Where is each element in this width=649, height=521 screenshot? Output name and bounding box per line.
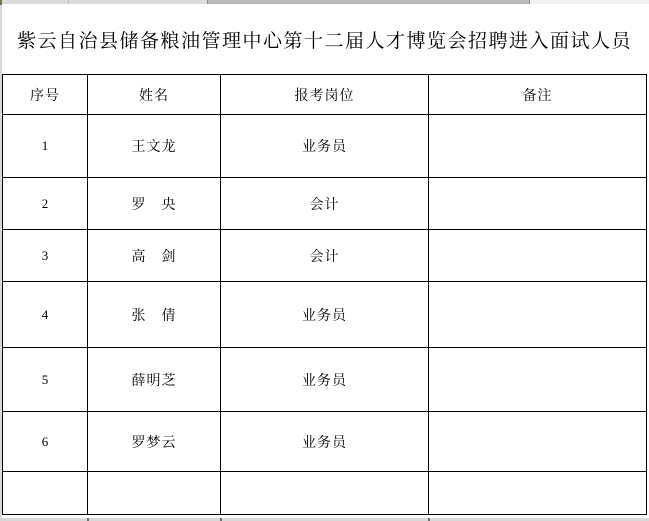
header-cell-number[interactable]: 序号 [3,75,88,115]
cell-number[interactable]: 3 [3,230,88,282]
interview-roster-table: 序号 姓名 报考岗位 备注 1 王文龙 业务员 2 罗 央 会计 3 高 剑 会… [2,74,647,515]
cell-note[interactable] [429,282,647,348]
cell-name[interactable]: 王文龙 [88,115,221,178]
spreadsheet-view: 紫云自治县储备粮油管理中心第十二届人才博览会招聘进入面试人员 序号 姓名 报考岗… [0,0,649,521]
cell-name[interactable]: 高 剑 [88,230,221,282]
cell-number[interactable] [3,472,88,515]
table-row: 6 罗梦云 业务员 [3,412,647,472]
cell-note[interactable] [429,115,647,178]
cell-number[interactable]: 5 [3,348,88,412]
header-cell-position[interactable]: 报考岗位 [221,75,429,115]
table-row: 2 罗 央 会计 [3,178,647,230]
cell-position[interactable] [221,472,429,515]
cell-position[interactable]: 业务员 [221,282,429,348]
corner-green-fragment-icon [0,0,2,5]
cell-name[interactable]: 罗 央 [88,178,221,230]
header-cell-note[interactable]: 备注 [429,75,647,115]
cell-position[interactable]: 业务员 [221,115,429,178]
cell-note[interactable] [429,412,647,472]
cell-note[interactable] [429,472,647,515]
left-edge-clipped-column [0,4,2,521]
cell-number[interactable]: 6 [3,412,88,472]
cell-number[interactable]: 1 [3,115,88,178]
cell-position[interactable]: 业务员 [221,412,429,472]
cell-name[interactable]: 张 倩 [88,282,221,348]
table-row: 1 王文龙 业务员 [3,115,647,178]
cell-number[interactable]: 2 [3,178,88,230]
table-row: 3 高 剑 会计 [3,230,647,282]
cell-position[interactable]: 会计 [221,230,429,282]
cell-position[interactable]: 会计 [221,178,429,230]
table-row: 5 薛明芝 业务员 [3,348,647,412]
cell-name[interactable]: 罗梦云 [88,412,221,472]
cell-name[interactable] [88,472,221,515]
title-band: 紫云自治县储备粮油管理中心第十二届人才博览会招聘进入面试人员 [3,4,646,74]
header-row: 序号 姓名 报考岗位 备注 [3,75,647,115]
table-row [3,472,647,515]
cell-name[interactable]: 薛明芝 [88,348,221,412]
page-title: 紫云自治县储备粮油管理中心第十二届人才博览会招聘进入面试人员 [17,26,632,53]
cell-note[interactable] [429,178,647,230]
table-row: 4 张 倩 业务员 [3,282,647,348]
cell-position[interactable]: 业务员 [221,348,429,412]
cell-note[interactable] [429,230,647,282]
cell-note[interactable] [429,348,647,412]
cell-number[interactable]: 4 [3,282,88,348]
header-cell-name[interactable]: 姓名 [88,75,221,115]
table-body: 1 王文龙 业务员 2 罗 央 会计 3 高 剑 会计 4 张 倩 业务员 5 … [3,115,647,515]
